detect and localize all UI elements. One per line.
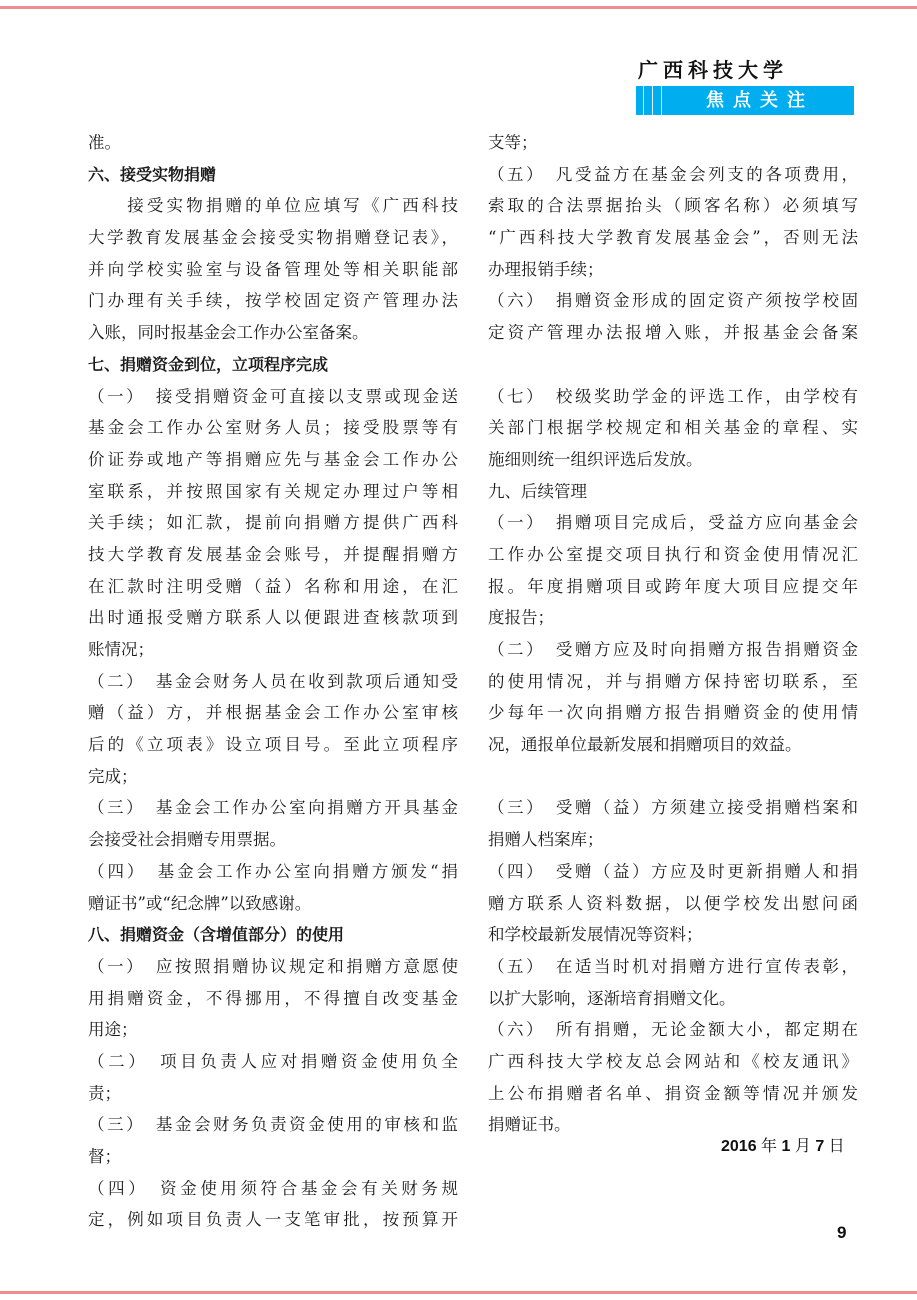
banner-stripe xyxy=(643,86,644,115)
text-line: 门办理有关手续，按学校固定资产管理办法 xyxy=(88,285,458,317)
text-line: 报。年度捐赠项目或跨年度大项目应提交年 xyxy=(488,571,858,603)
text-line: （一） 接受捐赠资金可直接以支票或现金送 xyxy=(88,381,458,413)
text-line: （七） 校级奖助学金的评选工作，由学校有 xyxy=(488,381,858,413)
date-month-suffix: 月 xyxy=(790,1138,815,1155)
text-line: 责； xyxy=(88,1078,458,1110)
document-date: 2016 年 1 月 7 日 xyxy=(721,1133,845,1156)
text-line: 赠（益）方，并根据基金会工作办公室审核 xyxy=(88,697,458,729)
text-line: 出时通报受赠方联系人以便跟进查核款项到 xyxy=(88,602,458,634)
left-column: 准。六、接受实物捐赠 接受实物捐赠的单位应填写《广西科技大学教育发展基金会接受实… xyxy=(88,127,458,1236)
text-line: （五） 凡受益方在基金会列支的各项费用， xyxy=(488,159,858,191)
text-line: （五） 在适当时机对捐赠方进行宣传表彰， xyxy=(488,951,858,983)
text-line: 定资产管理办法报增入账，并报基金会备案 xyxy=(488,317,858,349)
text-line: 度报告； xyxy=(488,602,858,634)
top-rule xyxy=(0,6,917,9)
masthead: 广西科技大学 焦点关注 xyxy=(636,56,854,115)
text-line: 完成； xyxy=(88,761,458,793)
text-line: 支等； xyxy=(488,127,858,159)
text-line: （二） 基金会财务人员在收到款项后通知受 xyxy=(88,666,458,698)
banner-stripe xyxy=(661,86,662,115)
text-line: 并向学校实验室与设备管理处等相关职能部 xyxy=(88,254,458,286)
text-line: （四） 资金使用须符合基金会有关财务规 xyxy=(88,1173,458,1205)
text-line: 大学教育发展基金会接受实物捐赠登记表》， xyxy=(88,222,458,254)
text-line: 少每年一次向捐赠方报告捐赠资金的使用情 xyxy=(488,697,858,729)
text-line: 后的《立项表》设立项目号。至此立项程序 xyxy=(88,729,458,761)
text-line: 接受实物捐赠的单位应填写《广西科技 xyxy=(88,190,458,222)
text-line: 账情况； xyxy=(88,634,458,666)
text-line: 索取的合法票据抬头（顾客名称）必须填写 xyxy=(488,190,858,222)
text-line: “广西科技大学教育发展基金会”，否则无法 xyxy=(488,222,858,254)
text-line: （四） 受赠（益）方应及时更新捐赠人和捐 xyxy=(488,856,858,888)
text-line: （四） 基金会工作办公室向捐赠方颁发“捐 xyxy=(88,856,458,888)
section-heading: 八、捐赠资金（含增值部分）的使用 xyxy=(88,919,458,951)
text-line: 工作办公室提交项目执行和资金使用情况汇 xyxy=(488,539,858,571)
section-banner: 焦点关注 xyxy=(636,86,854,115)
text-line: 捐赠人档案库； xyxy=(488,824,858,856)
date-day: 7 xyxy=(815,1138,824,1155)
paragraph-gap xyxy=(488,761,858,793)
text-line: 用捐赠资金，不得挪用，不得擅自改变基金 xyxy=(88,983,458,1015)
text-line: 关手续；如汇款，提前向捐赠方提供广西科 xyxy=(88,507,458,539)
text-line: 广西科技大学校友总会网站和《校友通讯》 xyxy=(488,1046,858,1078)
text-line: （一） 应按照捐赠协议规定和捐赠方意愿使 xyxy=(88,951,458,983)
paragraph-gap xyxy=(488,349,858,381)
text-line: 况，通报单位最新发展和捐赠项目的效益。 xyxy=(488,729,858,761)
right-column: 支等；（五） 凡受益方在基金会列支的各项费用，索取的合法票据抬头（顾客名称）必须… xyxy=(488,127,858,1141)
text-line: 入账，同时报基金会工作办公室备案。 xyxy=(88,317,458,349)
text-line: （一） 捐赠项目完成后，受益方应向基金会 xyxy=(488,507,858,539)
text-line: 价证券或地产等捐赠应先与基金会工作办公 xyxy=(88,444,458,476)
text-line: （六） 捐赠资金形成的固定资产须按学校固 xyxy=(488,285,858,317)
text-line: （二） 受赠方应及时向捐赠方报告捐赠资金 xyxy=(488,634,858,666)
text-line: 关部门根据学校规定和相关基金的章程、实 xyxy=(488,412,858,444)
text-line: （三） 基金会工作办公室向捐赠方开具基金 xyxy=(88,792,458,824)
text-line: 赠证书”或“纪念牌”以致感谢。 xyxy=(88,888,458,920)
text-line: 室联系，并按照国家有关规定办理过户等相 xyxy=(88,476,458,508)
banner-stripe xyxy=(652,86,653,115)
text-line: 在汇款时注明受赠（益）名称和用途，在汇 xyxy=(88,571,458,603)
text-line: 会接受社会捐赠专用票据。 xyxy=(88,824,458,856)
text-line: 施细则统一组织评选后发放。 xyxy=(488,444,858,476)
text-line: 的使用情况，并与捐赠方保持密切联系，至 xyxy=(488,666,858,698)
section-heading: 七、捐赠资金到位，立项程序完成 xyxy=(88,349,458,381)
bottom-rule xyxy=(0,1291,917,1294)
date-year-suffix: 年 xyxy=(757,1138,782,1155)
text-line: 用途； xyxy=(88,1014,458,1046)
text-line: （三） 受赠（益）方须建立接受捐赠档案和 xyxy=(488,792,858,824)
text-line: （六） 所有捐赠，无论金额大小，都定期在 xyxy=(488,1014,858,1046)
text-line: 督； xyxy=(88,1141,458,1173)
section-heading: 九、后续管理 xyxy=(488,476,858,508)
text-line: 以扩大影响，逐渐培育捐赠文化。 xyxy=(488,983,858,1015)
text-line: 上公布捐赠者名单、捐资金额等情况并颁发 xyxy=(488,1078,858,1110)
text-line: 技大学教育发展基金会账号，并提醒捐赠方 xyxy=(88,539,458,571)
page-number: 9 xyxy=(837,1223,846,1243)
section-heading: 六、接受实物捐赠 xyxy=(88,159,458,191)
section-label: 焦点关注 xyxy=(706,86,814,115)
text-line: （二） 项目负责人应对捐赠资金使用负全 xyxy=(88,1046,458,1078)
school-name: 广西科技大学 xyxy=(636,56,854,84)
date-year: 2016 xyxy=(721,1138,757,1155)
text-line: 赠方联系人资料数据，以便学校发出慰问函 xyxy=(488,888,858,920)
text-line: 办理报销手续； xyxy=(488,254,858,286)
text-line: 基金会工作办公室财务人员；接受股票等有 xyxy=(88,412,458,444)
text-line: 定，例如项目负责人一支笔审批，按预算开 xyxy=(88,1204,458,1236)
text-line: 和学校最新发展情况等资料； xyxy=(488,919,858,951)
text-line: （三） 基金会财务负责资金使用的审核和监 xyxy=(88,1109,458,1141)
text-line: 准。 xyxy=(88,127,458,159)
date-day-suffix: 日 xyxy=(824,1138,844,1155)
